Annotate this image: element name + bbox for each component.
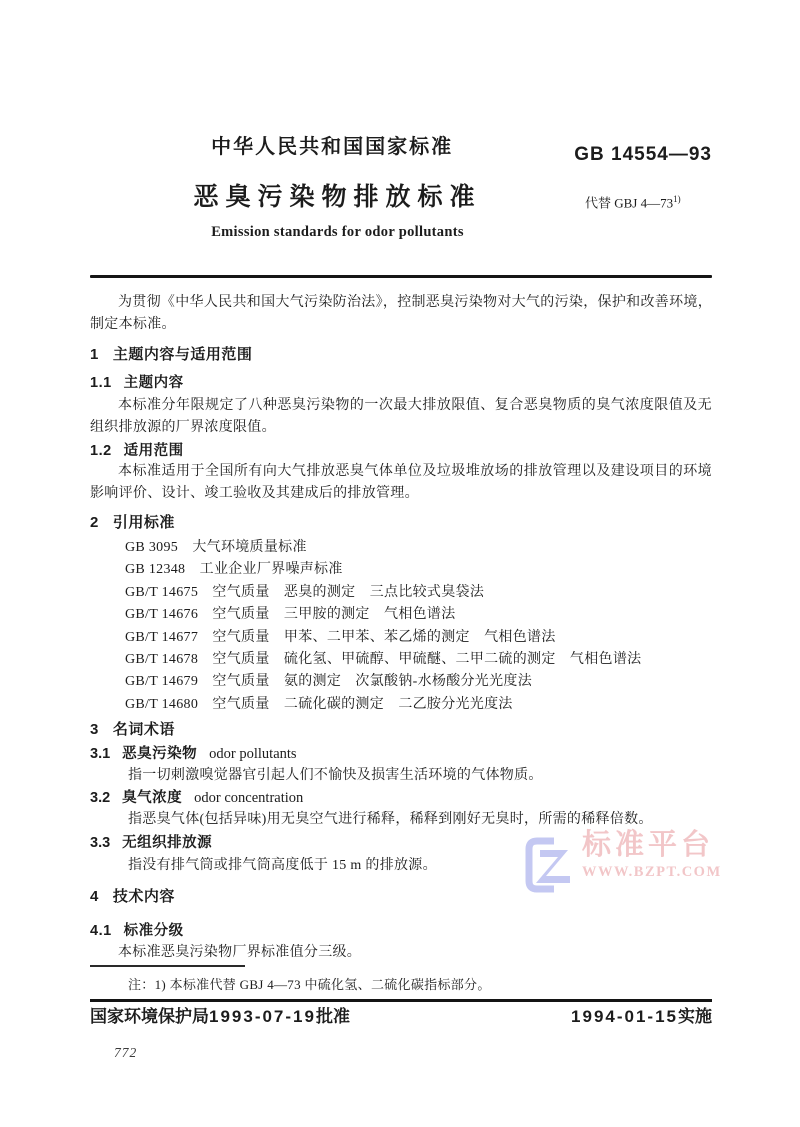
section-3-heading: 3名词术语	[90, 720, 712, 740]
reference-item: GB 12348 工业企业厂界噪声标准	[125, 559, 712, 581]
section-2-title: 引用标准	[113, 514, 175, 531]
term-3-1-definition: 指一切刺激嗅觉器官引起人们不愉快及损害生活环境的气体物质。	[90, 765, 712, 787]
term-3-2-heading: 3.2臭气浓度odor concentration	[90, 788, 712, 808]
section-1-heading: 1主题内容与适用范围	[90, 345, 712, 365]
section-2-number: 2	[90, 514, 99, 531]
term-3-1-en: odor pollutants	[209, 746, 296, 762]
term-3-1-cn: 恶臭污染物	[122, 746, 197, 762]
section-3-number: 3	[90, 721, 99, 738]
footer-row: 国家环境保护局1993-07-19批准 1994-01-15实施	[90, 1006, 712, 1028]
footnote-divider	[90, 965, 245, 967]
section-1-1-title: 主题内容	[124, 375, 184, 391]
reference-item: GB 3095 大气环境质量标准	[125, 537, 712, 559]
reference-standards-list: GB 3095 大气环境质量标准 GB 12348 工业企业厂界噪声标准 GB/…	[90, 537, 712, 716]
section-1-number: 1	[90, 346, 99, 363]
term-3-3-definition: 指没有排气筒或排气筒高度低于 15 m 的排放源。	[90, 855, 712, 877]
section-4-title: 技术内容	[113, 888, 175, 905]
term-3-2-cn: 臭气浓度	[122, 790, 182, 806]
section-4-1-heading: 4.1标准分级	[90, 921, 712, 941]
term-3-1-heading: 3.1恶臭污染物odor pollutants	[90, 744, 712, 764]
reference-item: GB/T 14675 空气质量 恶臭的测定 三点比较式臭袋法	[125, 582, 712, 604]
section-4-heading: 4技术内容	[90, 887, 712, 907]
section-1-title: 主题内容与适用范围	[113, 346, 253, 363]
term-3-2-en: odor concentration	[194, 790, 303, 806]
section-2-heading: 2引用标准	[90, 513, 712, 533]
section-1-2-number: 1.2	[90, 443, 112, 459]
effective-date: 1994-01-15	[571, 1007, 678, 1026]
section-1-1-paragraph: 本标准分年限规定了八种恶臭污染物的一次最大排放限值、复合恶臭物质的臭气浓度限值及…	[90, 395, 712, 439]
reference-item: GB/T 14678 空气质量 硫化氢、甲硫醇、甲硫醚、二甲二硫的测定 气相色谱…	[125, 649, 712, 671]
term-3-2-number: 3.2	[90, 790, 110, 806]
header-row-title-en: Emission standards for odor pollutants	[90, 222, 712, 242]
header-row-title: 恶臭污染物排放标准 代替 GBJ 4—731)	[90, 180, 712, 214]
section-4-1-title: 标准分级	[124, 923, 184, 939]
document-title-cn: 恶臭污染物排放标准	[90, 180, 585, 214]
section-1-2-paragraph: 本标准适用于全国所有向大气排放恶臭气体单位及垃圾堆放场的排放管理以及建设项目的环…	[90, 461, 712, 505]
section-1-2-title: 适用范围	[124, 443, 184, 459]
term-3-3-cn: 无组织排放源	[122, 835, 212, 851]
document-title-en: Emission standards for odor pollutants	[90, 222, 585, 242]
approval-statement: 国家环境保护局1993-07-19批准	[90, 1006, 350, 1028]
section-1-2-heading: 1.2适用范围	[90, 441, 712, 461]
header-row-authority: 中华人民共和国国家标准 GB 14554—93	[90, 133, 712, 166]
approval-date: 1993-07-19	[209, 1007, 316, 1026]
document-page: 中华人民共和国国家标准 GB 14554—93 恶臭污染物排放标准 代替 GBJ…	[0, 0, 800, 1127]
term-3-3-heading: 3.3无组织排放源	[90, 833, 712, 853]
effective-statement: 1994-01-15实施	[571, 1006, 712, 1028]
replaces-text: 代替 GBJ 4—73	[585, 195, 673, 210]
section-4-1-paragraph: 本标准恶臭污染物厂界标准值分三级。	[90, 943, 712, 963]
section-4-number: 4	[90, 888, 99, 905]
footnote-text: 注：1) 本标准代替 GBJ 4—73 中硫化氢、二硫化碳指标部分。	[90, 977, 712, 993]
page-number: 772	[114, 1045, 712, 1061]
approval-authority: 国家环境保护局	[90, 1007, 209, 1026]
section-1-1-number: 1.1	[90, 375, 112, 391]
footer-divider	[90, 999, 712, 1002]
term-3-3-number: 3.3	[90, 835, 110, 851]
reference-item: GB/T 14677 空气质量 甲苯、二甲苯、苯乙烯的测定 气相色谱法	[125, 627, 712, 649]
reference-item: GB/T 14679 空气质量 氨的测定 次氯酸钠-水杨酸分光光度法	[125, 671, 712, 693]
preamble-paragraph: 为贯彻《中华人民共和国大气污染防治法》，控制恶臭污染物对大气的污染，保护和改善环…	[90, 292, 712, 336]
approval-label: 批准	[316, 1007, 350, 1026]
header-divider	[90, 275, 712, 278]
section-4-1-number: 4.1	[90, 923, 112, 939]
standard-authority: 中华人民共和国国家标准	[90, 133, 574, 161]
term-3-1-number: 3.1	[90, 746, 110, 762]
document-content: 中华人民共和国国家标准 GB 14554—93 恶臭污染物排放标准 代替 GBJ…	[90, 0, 712, 1061]
effective-label: 实施	[678, 1007, 712, 1026]
section-1-1-heading: 1.1主题内容	[90, 373, 712, 393]
standard-number: GB 14554—93	[574, 133, 712, 166]
term-3-2-definition: 指恶臭气体(包括异味)用无臭空气进行稀释，稀释到刚好无臭时，所需的稀释倍数。	[90, 809, 712, 831]
section-3-title: 名词术语	[113, 721, 175, 738]
reference-item: GB/T 14676 空气质量 三甲胺的测定 气相色谱法	[125, 604, 712, 626]
replaces-superscript: 1)	[673, 194, 681, 204]
reference-item: GB/T 14680 空气质量 二硫化碳的测定 二乙胺分光光度法	[125, 694, 712, 716]
replaces-note: 代替 GBJ 4—731)	[585, 180, 712, 211]
